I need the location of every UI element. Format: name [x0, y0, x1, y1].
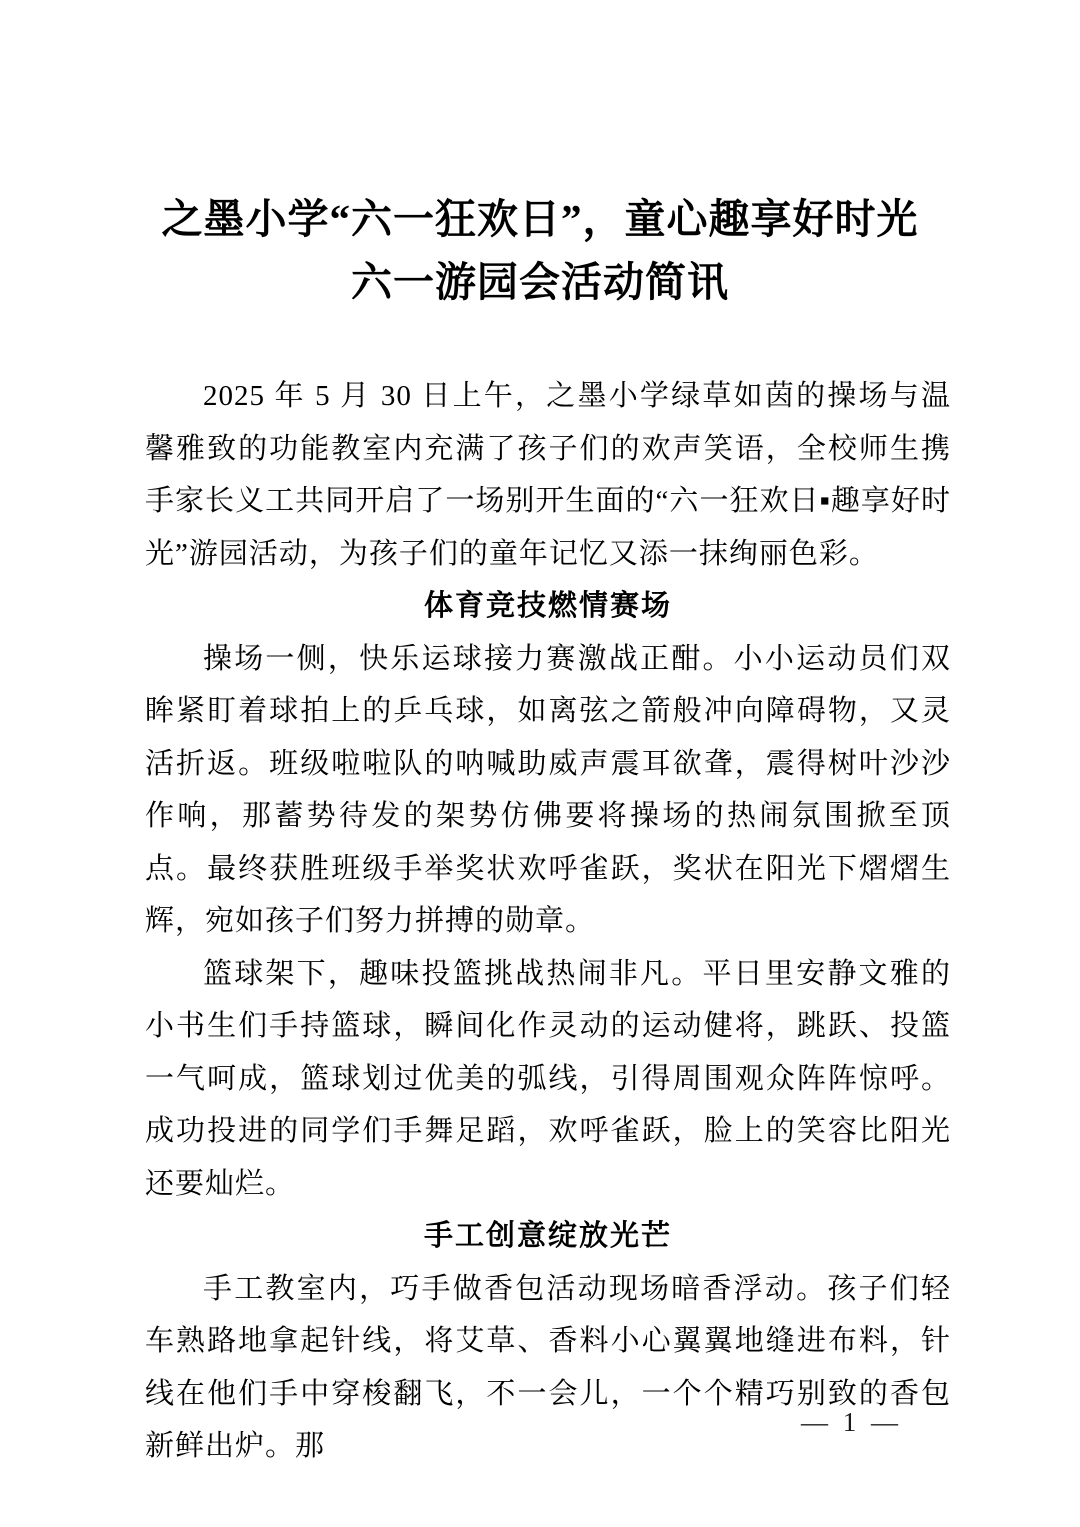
page-number: — 1 —: [801, 1402, 902, 1442]
paragraph-intro: 2025 年 5 月 30 日上午，之墨小学绿草如茵的操场与温馨雅致的功能教室内…: [145, 370, 951, 580]
section-heading-sports: 体育竞技燃情赛场: [145, 580, 951, 633]
doc-title-line-1: 之墨小学“六一狂欢日”，童心趣享好时光: [0, 188, 1080, 251]
doc-title-line-2: 六一游园会活动简讯: [0, 251, 1080, 314]
document-body: 2025 年 5 月 30 日上午，之墨小学绿草如茵的操场与温馨雅致的功能教室内…: [145, 370, 951, 1473]
document-page: 之墨小学“六一狂欢日”，童心趣享好时光 六一游园会活动简讯 2025 年 5 月…: [0, 0, 1080, 1527]
title-block: 之墨小学“六一狂欢日”，童心趣享好时光 六一游园会活动简讯: [0, 0, 1080, 314]
paragraph-relay-race: 操场一侧，快乐运球接力赛激战正酣。小小运动员们双眸紧盯着球拍上的乒乓球，如离弦之…: [145, 633, 951, 948]
section-heading-craft: 手工创意绽放光芒: [145, 1210, 951, 1263]
paragraph-basketball: 篮球架下，趣味投篮挑战热闹非凡。平日里安静文雅的小书生们手持篮球，瞬间化作灵动的…: [145, 948, 951, 1211]
